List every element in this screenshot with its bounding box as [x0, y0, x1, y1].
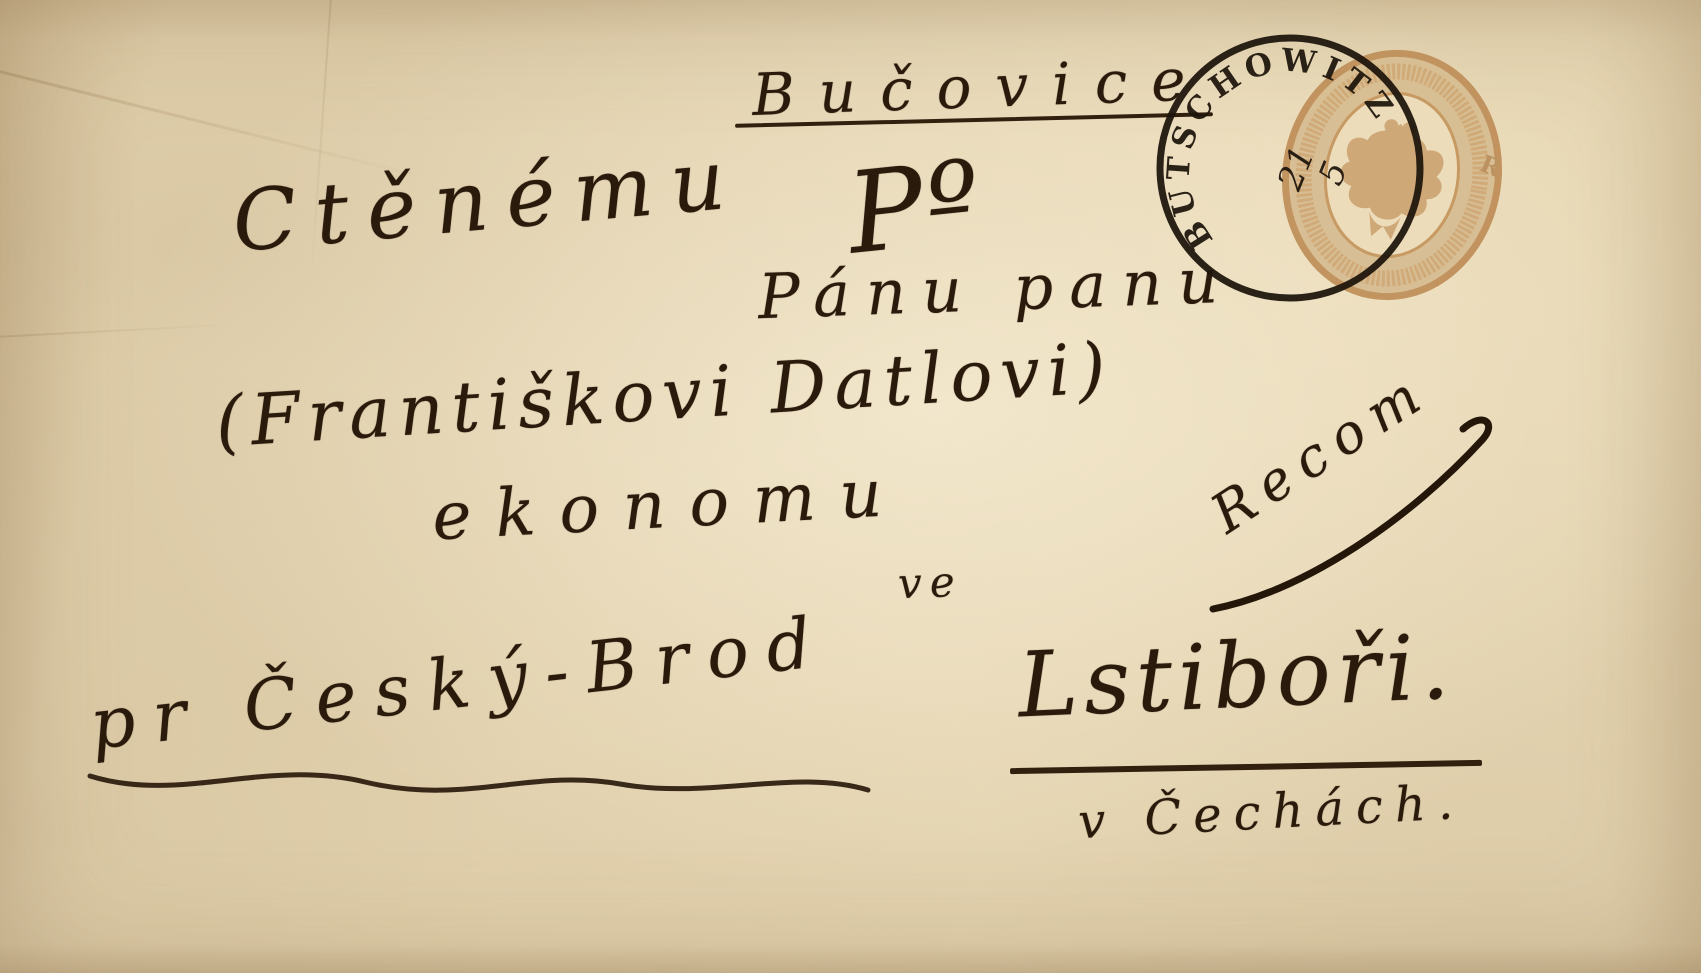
envelope-front: Bučovice Ctěnému Pº Pánu panu (Františko…: [0, 0, 1701, 973]
registered-note-flourish: [1195, 395, 1525, 625]
paper-crease: [0, 323, 240, 339]
handwritten-name: (Františkovi Datlovi): [214, 333, 1116, 458]
routing-underline-flourish: [60, 728, 900, 828]
handwritten-destination: Lstiboři.: [1016, 623, 1457, 732]
handwritten-region: v Čechách.: [1077, 778, 1466, 846]
stamp-and-postmark: R BUTSCHOWITZ 21 5: [1115, 28, 1585, 328]
handwritten-salutation: Ctěnému: [229, 136, 746, 264]
handwritten-occupation: ekonomu: [431, 460, 908, 551]
handwritten-preposition: ve: [897, 561, 963, 605]
destination-underline: [1010, 760, 1482, 774]
